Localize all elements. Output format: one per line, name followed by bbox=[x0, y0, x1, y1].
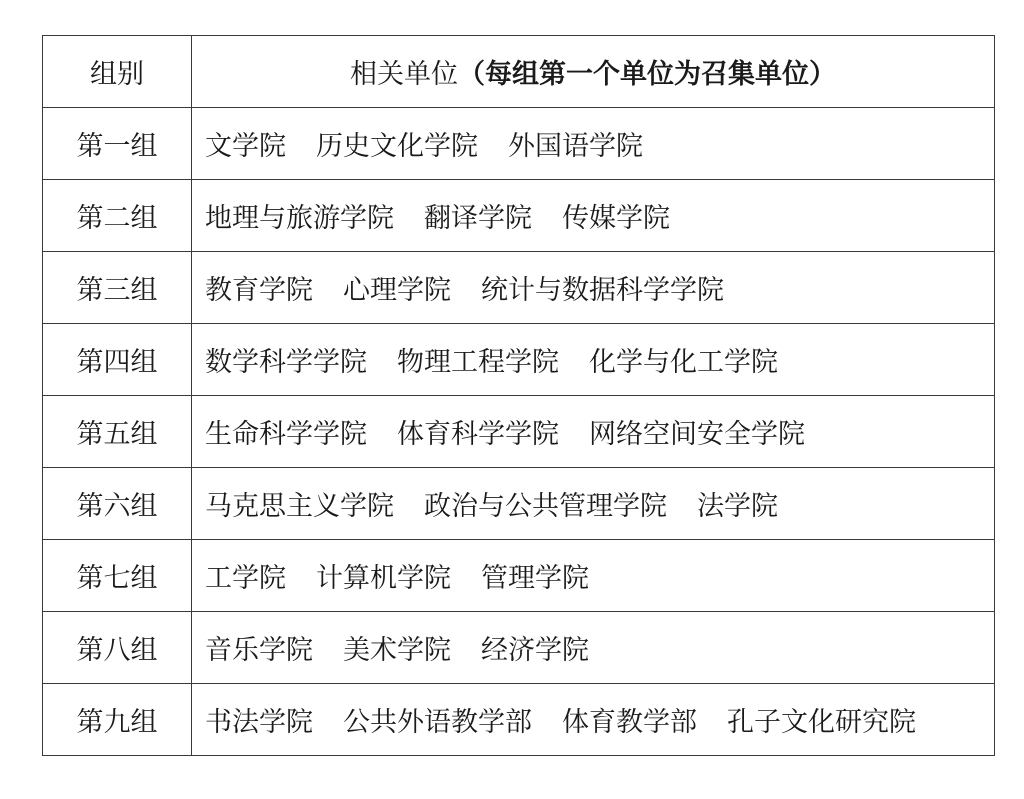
group-assignment-table: 组别 相关单位（每组第一个单位为召集单位） 第一组文学院历史文化学院外国语学院第… bbox=[42, 35, 995, 756]
convener-unit: 书法学院 bbox=[205, 700, 313, 739]
table-header-row: 组别 相关单位（每组第一个单位为召集单位） bbox=[43, 36, 995, 108]
member-unit: 管理学院 bbox=[481, 556, 589, 595]
group-units: 工学院计算机学院管理学院 bbox=[192, 540, 995, 612]
convener-unit: 数学科学学院 bbox=[205, 340, 367, 379]
convener-unit: 音乐学院 bbox=[205, 628, 313, 667]
group-name: 第八组 bbox=[43, 612, 192, 684]
group-name: 第六组 bbox=[43, 468, 192, 540]
group-units: 教育学院心理学院统计与数据科学学院 bbox=[192, 252, 995, 324]
header-group: 组别 bbox=[43, 36, 192, 108]
table-row: 第五组生命科学学院体育科学学院网络空间安全学院 bbox=[43, 396, 995, 468]
member-unit: 网络空间安全学院 bbox=[589, 412, 805, 451]
group-units: 音乐学院美术学院经济学院 bbox=[192, 612, 995, 684]
member-unit: 历史文化学院 bbox=[316, 124, 478, 163]
table-row: 第八组音乐学院美术学院经济学院 bbox=[43, 612, 995, 684]
group-name: 第二组 bbox=[43, 180, 192, 252]
header-units-label: 相关单位 bbox=[350, 59, 458, 90]
member-unit: 体育科学学院 bbox=[397, 412, 559, 451]
member-unit: 经济学院 bbox=[481, 628, 589, 667]
group-units: 文学院历史文化学院外国语学院 bbox=[192, 108, 995, 180]
convener-unit: 生命科学学院 bbox=[205, 412, 367, 451]
group-units: 数学科学学院物理工程学院化学与化工学院 bbox=[192, 324, 995, 396]
convener-unit: 文学院 bbox=[205, 124, 286, 163]
member-unit: 体育教学部 bbox=[562, 700, 697, 739]
member-unit: 翻译学院 bbox=[424, 196, 532, 235]
member-unit: 化学与化工学院 bbox=[589, 340, 778, 379]
table-row: 第三组教育学院心理学院统计与数据科学学院 bbox=[43, 252, 995, 324]
convener-unit: 教育学院 bbox=[205, 268, 313, 307]
group-name: 第三组 bbox=[43, 252, 192, 324]
member-unit: 美术学院 bbox=[343, 628, 451, 667]
group-units: 马克思主义学院政治与公共管理学院法学院 bbox=[192, 468, 995, 540]
group-name: 第一组 bbox=[43, 108, 192, 180]
group-name: 第七组 bbox=[43, 540, 192, 612]
header-units-note: （每组第一个单位为召集单位） bbox=[458, 59, 836, 90]
convener-unit: 地理与旅游学院 bbox=[205, 196, 394, 235]
table-row: 第六组马克思主义学院政治与公共管理学院法学院 bbox=[43, 468, 995, 540]
group-name: 第四组 bbox=[43, 324, 192, 396]
table-row: 第四组数学科学学院物理工程学院化学与化工学院 bbox=[43, 324, 995, 396]
member-unit: 心理学院 bbox=[343, 268, 451, 307]
member-unit: 政治与公共管理学院 bbox=[424, 484, 667, 523]
group-name: 第五组 bbox=[43, 396, 192, 468]
group-units: 生命科学学院体育科学学院网络空间安全学院 bbox=[192, 396, 995, 468]
group-units: 地理与旅游学院翻译学院传媒学院 bbox=[192, 180, 995, 252]
group-units: 书法学院公共外语教学部体育教学部孔子文化研究院 bbox=[192, 684, 995, 756]
group-name: 第九组 bbox=[43, 684, 192, 756]
table-row: 第九组书法学院公共外语教学部体育教学部孔子文化研究院 bbox=[43, 684, 995, 756]
table-row: 第一组文学院历史文化学院外国语学院 bbox=[43, 108, 995, 180]
member-unit: 物理工程学院 bbox=[397, 340, 559, 379]
member-unit: 公共外语教学部 bbox=[343, 700, 532, 739]
header-units: 相关单位（每组第一个单位为召集单位） bbox=[192, 36, 995, 108]
table-row: 第二组地理与旅游学院翻译学院传媒学院 bbox=[43, 180, 995, 252]
member-unit: 传媒学院 bbox=[562, 196, 670, 235]
member-unit: 法学院 bbox=[697, 484, 778, 523]
convener-unit: 马克思主义学院 bbox=[205, 484, 394, 523]
member-unit: 计算机学院 bbox=[316, 556, 451, 595]
convener-unit: 工学院 bbox=[205, 556, 286, 595]
member-unit: 孔子文化研究院 bbox=[727, 700, 916, 739]
table-row: 第七组工学院计算机学院管理学院 bbox=[43, 540, 995, 612]
member-unit: 统计与数据科学学院 bbox=[481, 268, 724, 307]
member-unit: 外国语学院 bbox=[508, 124, 643, 163]
table-body: 第一组文学院历史文化学院外国语学院第二组地理与旅游学院翻译学院传媒学院第三组教育… bbox=[43, 108, 995, 756]
